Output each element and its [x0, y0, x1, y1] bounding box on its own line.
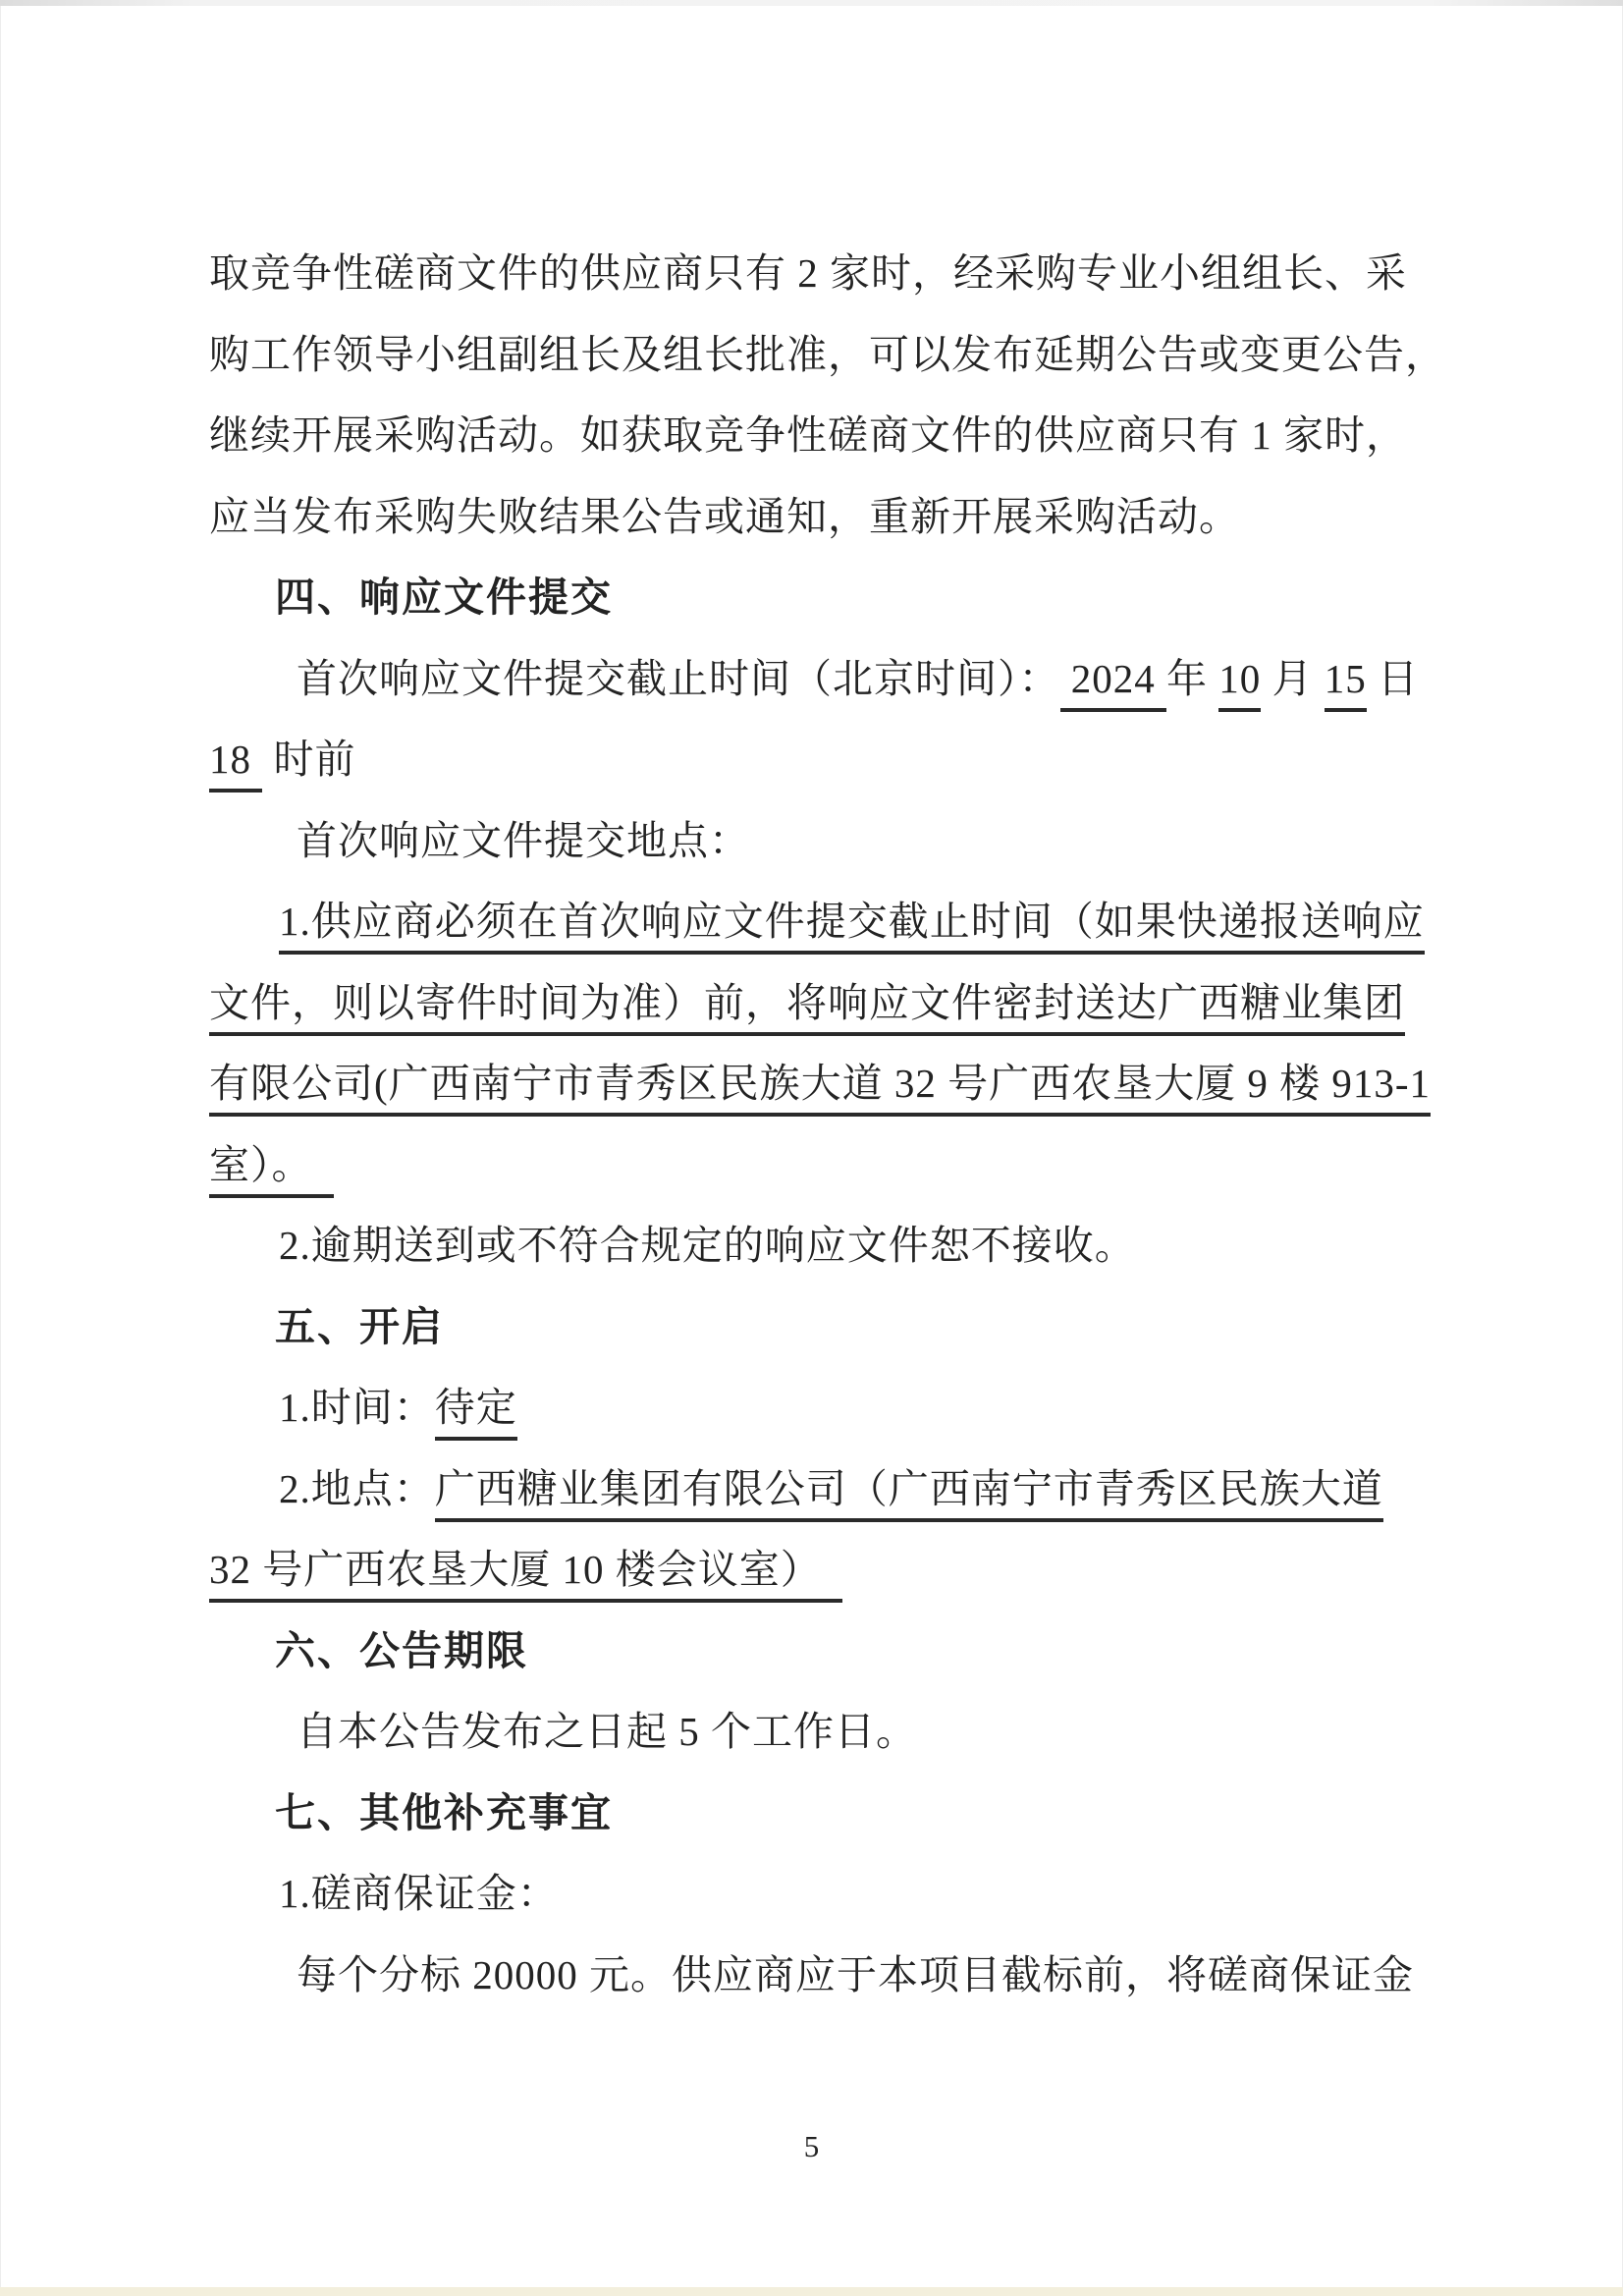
text-segment: 首次响应文件提交截止时间（北京时间）： [297, 656, 1060, 701]
text-segment: 时前 [262, 737, 355, 782]
text-segment: 1.时间： [279, 1385, 435, 1430]
text-segment: 日 [1367, 656, 1419, 701]
text-segment: 购工作领导小组副组长及组长批准，可以发布延期公告或变更公告， [209, 332, 1446, 377]
text-segment: 1.磋商保证金： [279, 1871, 559, 1916]
document-line: 文件，则以寄件时间为准）前，将响应文件密封送达广西糖业集团 [209, 978, 1405, 1028]
document-line: 首次响应文件提交地点： [297, 816, 750, 866]
section-heading: 四、响应文件提交 [275, 573, 613, 623]
text-segment: 取竞争性磋商文件的供应商只有 2 家时，经采购专业小组组长、采 [209, 250, 1407, 296]
underlined-text: 文件，则以寄件时间为准）前，将响应文件密封送达广西糖业集团 [209, 980, 1405, 1036]
section-heading: 五、开启 [275, 1302, 444, 1352]
underlined-text: 18 [209, 737, 262, 793]
document-line: 有限公司(广西南宁市青秀区民族大道 32 号广西农垦大厦 9 楼 913-1 [209, 1059, 1431, 1109]
section-heading: 六、公告期限 [275, 1626, 528, 1676]
underlined-text: 有限公司(广西南宁市青秀区民族大道 32 号广西农垦大厦 9 楼 913-1 [209, 1061, 1431, 1117]
underlined-text: 广西糖业集团有限公司（广西南宁市青秀区民族大道 [435, 1466, 1383, 1522]
document-line: 1.供应商必须在首次响应文件提交截止时间（如果快递报送响应 [279, 897, 1425, 947]
document-line: 购工作领导小组副组长及组长批准，可以发布延期公告或变更公告， [209, 330, 1446, 380]
document-line: 每个分标 20000 元。供应商应于本项目截标前，将磋商保证金 [297, 1950, 1414, 2000]
document-line: 首次响应文件提交截止时间（北京时间）： 2024 年 10 月 15 日 [297, 654, 1419, 704]
document-line: 2.地点：广西糖业集团有限公司（广西南宁市青秀区民族大道 [279, 1464, 1383, 1514]
document-line: 32 号广西农垦大厦 10 楼会议室） [209, 1545, 842, 1595]
underlined-text: 32 号广西农垦大厦 10 楼会议室） [209, 1547, 842, 1603]
document-line: 2.逾期送到或不符合规定的响应文件恕不接收。 [279, 1221, 1136, 1271]
document-line: 应当发布采购失败结果公告或通知，重新开展采购活动。 [209, 492, 1240, 542]
text-segment: 每个分标 20000 元。供应商应于本项目截标前，将磋商保证金 [297, 1952, 1414, 1997]
underlined-text: 2024 [1060, 656, 1167, 712]
text-segment: 自本公告发布之日起 5 个工作日。 [297, 1709, 917, 1754]
document-line: 取竞争性磋商文件的供应商只有 2 家时，经采购专业小组组长、采 [209, 248, 1407, 299]
text-segment: 2.地点： [279, 1466, 435, 1511]
document-page: 取竞争性磋商文件的供应商只有 2 家时，经采购专业小组组长、采购工作领导小组副组… [0, 0, 1623, 2296]
text-segment: 四、响应文件提交 [275, 574, 613, 620]
text-segment: 五、开启 [275, 1304, 444, 1349]
section-heading: 七、其他补充事宜 [275, 1788, 613, 1838]
text-segment: 继续开展采购活动。如获取竞争性磋商文件的供应商只有 1 家时， [209, 412, 1407, 458]
underlined-text: 15 [1325, 656, 1367, 712]
scan-edge-top [0, 0, 1623, 6]
document-line: 1.磋商保证金： [279, 1869, 559, 1919]
text-segment: 首次响应文件提交地点： [297, 818, 750, 863]
text-segment: 六、公告期限 [275, 1628, 528, 1673]
underlined-text: 10 [1218, 656, 1261, 712]
document-line: 室）。 [209, 1140, 334, 1190]
underlined-text: 待定 [435, 1385, 517, 1441]
underlined-text: 室）。 [209, 1142, 334, 1198]
text-segment: 应当发布采购失败结果公告或通知，重新开展采购活动。 [209, 494, 1240, 539]
text-segment: 七、其他补充事宜 [275, 1790, 613, 1835]
text-segment: 年 [1166, 656, 1218, 701]
text-segment: 月 [1261, 656, 1325, 701]
text-segment: 2.逾期送到或不符合规定的响应文件恕不接收。 [279, 1223, 1136, 1268]
document-line: 18 时前 [209, 735, 356, 785]
page-number: 5 [0, 2129, 1623, 2164]
document-line: 1.时间：待定 [279, 1383, 517, 1433]
scan-edge-bottom [0, 2287, 1623, 2296]
document-line: 继续开展采购活动。如获取竞争性磋商文件的供应商只有 1 家时， [209, 410, 1407, 461]
document-line: 自本公告发布之日起 5 个工作日。 [297, 1707, 917, 1757]
underlined-text: 1.供应商必须在首次响应文件提交截止时间（如果快递报送响应 [279, 899, 1425, 955]
